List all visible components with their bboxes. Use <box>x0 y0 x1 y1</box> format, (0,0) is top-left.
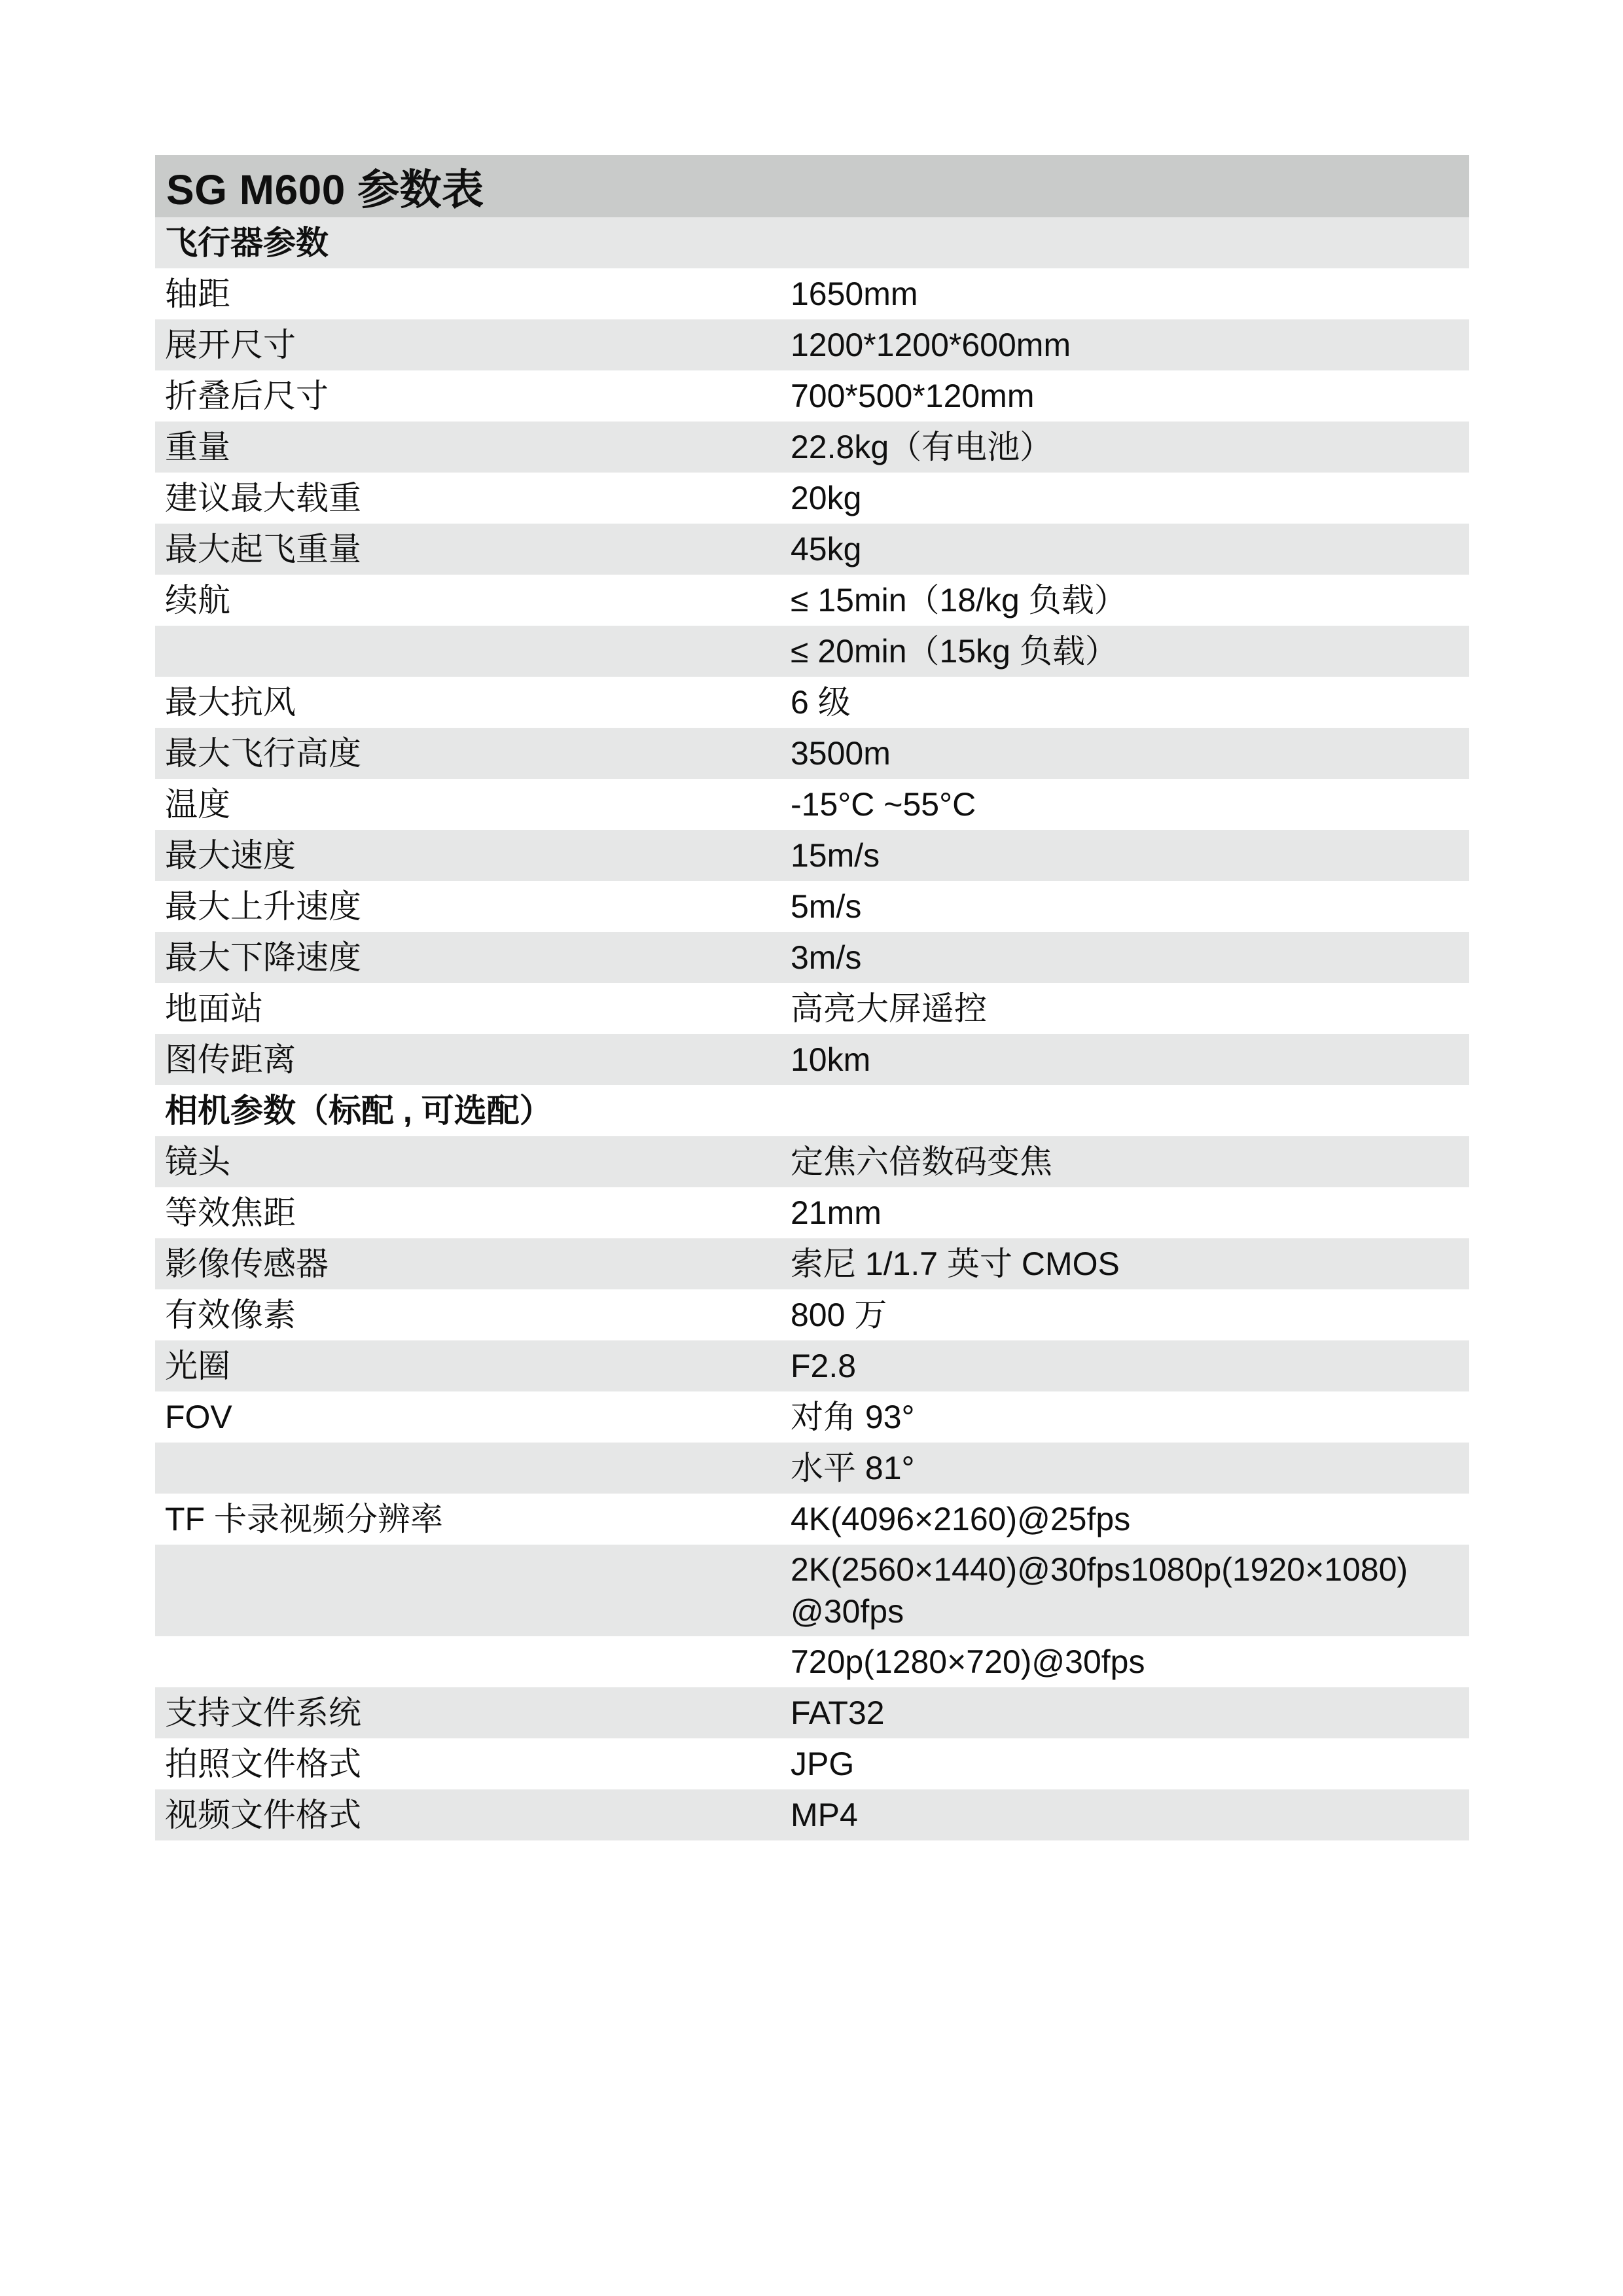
spec-label: 最大飞行高度 <box>155 732 791 774</box>
spec-value: 5m/s <box>791 882 1469 931</box>
spec-value: JPG <box>791 1739 1469 1789</box>
table-row: 最大下降速度3m/s <box>155 932 1469 983</box>
table-row: 轴距1650mm <box>155 268 1469 319</box>
spec-label: 续航 <box>155 579 791 621</box>
spec-label: 等效焦距 <box>155 1192 791 1234</box>
section-title: 相机参数（标配 , 可选配） <box>155 1090 552 1132</box>
spec-value: 1200*1200*600mm <box>791 320 1469 370</box>
spec-value: 1650mm <box>791 269 1469 319</box>
spec-label: 重量 <box>155 426 791 468</box>
spec-value: 索尼 1/1.7 英寸 CMOS <box>791 1239 1469 1289</box>
table-row: 720p(1280×720)@30fps <box>155 1636 1469 1687</box>
table-row: 展开尺寸1200*1200*600mm <box>155 319 1469 370</box>
table-row: 建议最大载重20kg <box>155 473 1469 524</box>
table-row: 支持文件系统FAT32 <box>155 1687 1469 1738</box>
table-row: 续航≤ 15min（18/kg 负载） <box>155 575 1469 626</box>
table-row: 2K(2560×1440)@30fps1080p(1920×1080) @30f… <box>155 1545 1469 1636</box>
table-row: 折叠后尺寸700*500*120mm <box>155 370 1469 422</box>
spec-label: 拍照文件格式 <box>155 1743 791 1785</box>
table-row: 温度-15°C ~55°C <box>155 779 1469 830</box>
spec-label: 最大上升速度 <box>155 886 791 927</box>
table-row: 水平 81° <box>155 1443 1469 1494</box>
spec-label: 最大下降速度 <box>155 937 791 978</box>
spec-label: 镜头 <box>155 1141 791 1183</box>
spec-label: 温度 <box>155 783 791 825</box>
spec-value: 10km <box>791 1035 1469 1085</box>
spec-label: FOV <box>155 1396 791 1438</box>
table-row: 最大速度15m/s <box>155 830 1469 881</box>
spec-value: 20kg <box>791 473 1469 523</box>
spec-value: 对角 93° <box>791 1392 1469 1442</box>
table-row: 最大上升速度5m/s <box>155 881 1469 932</box>
spec-label: 展开尺寸 <box>155 324 791 366</box>
spec-value: MP4 <box>791 1790 1469 1840</box>
table-row: 光圈F2.8 <box>155 1340 1469 1391</box>
spec-value: 15m/s <box>791 831 1469 880</box>
table-row: 等效焦距21mm <box>155 1187 1469 1238</box>
spec-label: TF 卡录视频分辨率 <box>155 1498 791 1540</box>
table-row: 地面站高亮大屏遥控 <box>155 983 1469 1034</box>
spec-value: 2K(2560×1440)@30fps1080p(1920×1080) @30f… <box>791 1545 1469 1636</box>
spec-label: 建议最大载重 <box>155 477 791 519</box>
table-row: 影像传感器索尼 1/1.7 英寸 CMOS <box>155 1238 1469 1289</box>
spec-value: 6 级 <box>791 677 1469 727</box>
table-row: 图传距离10km <box>155 1034 1469 1085</box>
table-row: 最大飞行高度3500m <box>155 728 1469 779</box>
spec-label: 支持文件系统 <box>155 1692 791 1734</box>
section-header-row: 相机参数（标配 , 可选配） <box>155 1085 1469 1136</box>
spec-value: ≤ 15min（18/kg 负载） <box>791 575 1469 625</box>
spec-value: 800 万 <box>791 1290 1469 1340</box>
spec-label: 有效像素 <box>155 1294 791 1336</box>
spec-label: 最大抗风 <box>155 681 791 723</box>
spec-value: 水平 81° <box>791 1443 1469 1493</box>
spec-label: 影像传感器 <box>155 1243 791 1285</box>
spec-label: 折叠后尺寸 <box>155 375 791 417</box>
spec-value: 高亮大屏遥控 <box>791 984 1469 1033</box>
table-row: 视频文件格式MP4 <box>155 1789 1469 1840</box>
table-row: ≤ 20min（15kg 负载） <box>155 626 1469 677</box>
table-row: 拍照文件格式JPG <box>155 1738 1469 1789</box>
spec-value: 21mm <box>791 1188 1469 1238</box>
table-row: TF 卡录视频分辨率4K(4096×2160)@25fps <box>155 1494 1469 1545</box>
spec-value: F2.8 <box>791 1341 1469 1391</box>
spec-sheet: SG M600 参数表 飞行器参数轴距1650mm展开尺寸1200*1200*6… <box>155 155 1469 1840</box>
spec-value: FAT32 <box>791 1688 1469 1738</box>
table-row: 最大起飞重量45kg <box>155 524 1469 575</box>
spec-value: 3m/s <box>791 933 1469 982</box>
spec-value: 720p(1280×720)@30fps <box>791 1637 1469 1687</box>
spec-label: 轴距 <box>155 273 791 315</box>
spec-value: 3500m <box>791 728 1469 778</box>
spec-value: 4K(4096×2160)@25fps <box>791 1494 1469 1544</box>
table-row: 镜头定焦六倍数码变焦 <box>155 1136 1469 1187</box>
table-row: 有效像素800 万 <box>155 1289 1469 1340</box>
spec-value: 22.8kg（有电池） <box>791 422 1469 472</box>
spec-label: 地面站 <box>155 988 791 1030</box>
table-title: SG M600 参数表 <box>155 155 1469 217</box>
spec-label: 图传距离 <box>155 1039 791 1081</box>
table-row: FOV对角 93° <box>155 1391 1469 1443</box>
spec-label: 最大起飞重量 <box>155 528 791 570</box>
spec-value: 定焦六倍数码变焦 <box>791 1137 1469 1187</box>
spec-label: 视频文件格式 <box>155 1794 791 1836</box>
section-title: 飞行器参数 <box>155 222 329 264</box>
spec-value: 700*500*120mm <box>791 371 1469 421</box>
table-row: 最大抗风6 级 <box>155 677 1469 728</box>
spec-value: -15°C ~55°C <box>791 780 1469 829</box>
section-header-row: 飞行器参数 <box>155 217 1469 268</box>
spec-value: ≤ 20min（15kg 负载） <box>791 626 1469 676</box>
table-row: 重量22.8kg（有电池） <box>155 422 1469 473</box>
spec-table: 飞行器参数轴距1650mm展开尺寸1200*1200*600mm折叠后尺寸700… <box>155 217 1469 1840</box>
spec-label: 光圈 <box>155 1345 791 1387</box>
spec-label: 最大速度 <box>155 834 791 876</box>
spec-value: 45kg <box>791 524 1469 574</box>
